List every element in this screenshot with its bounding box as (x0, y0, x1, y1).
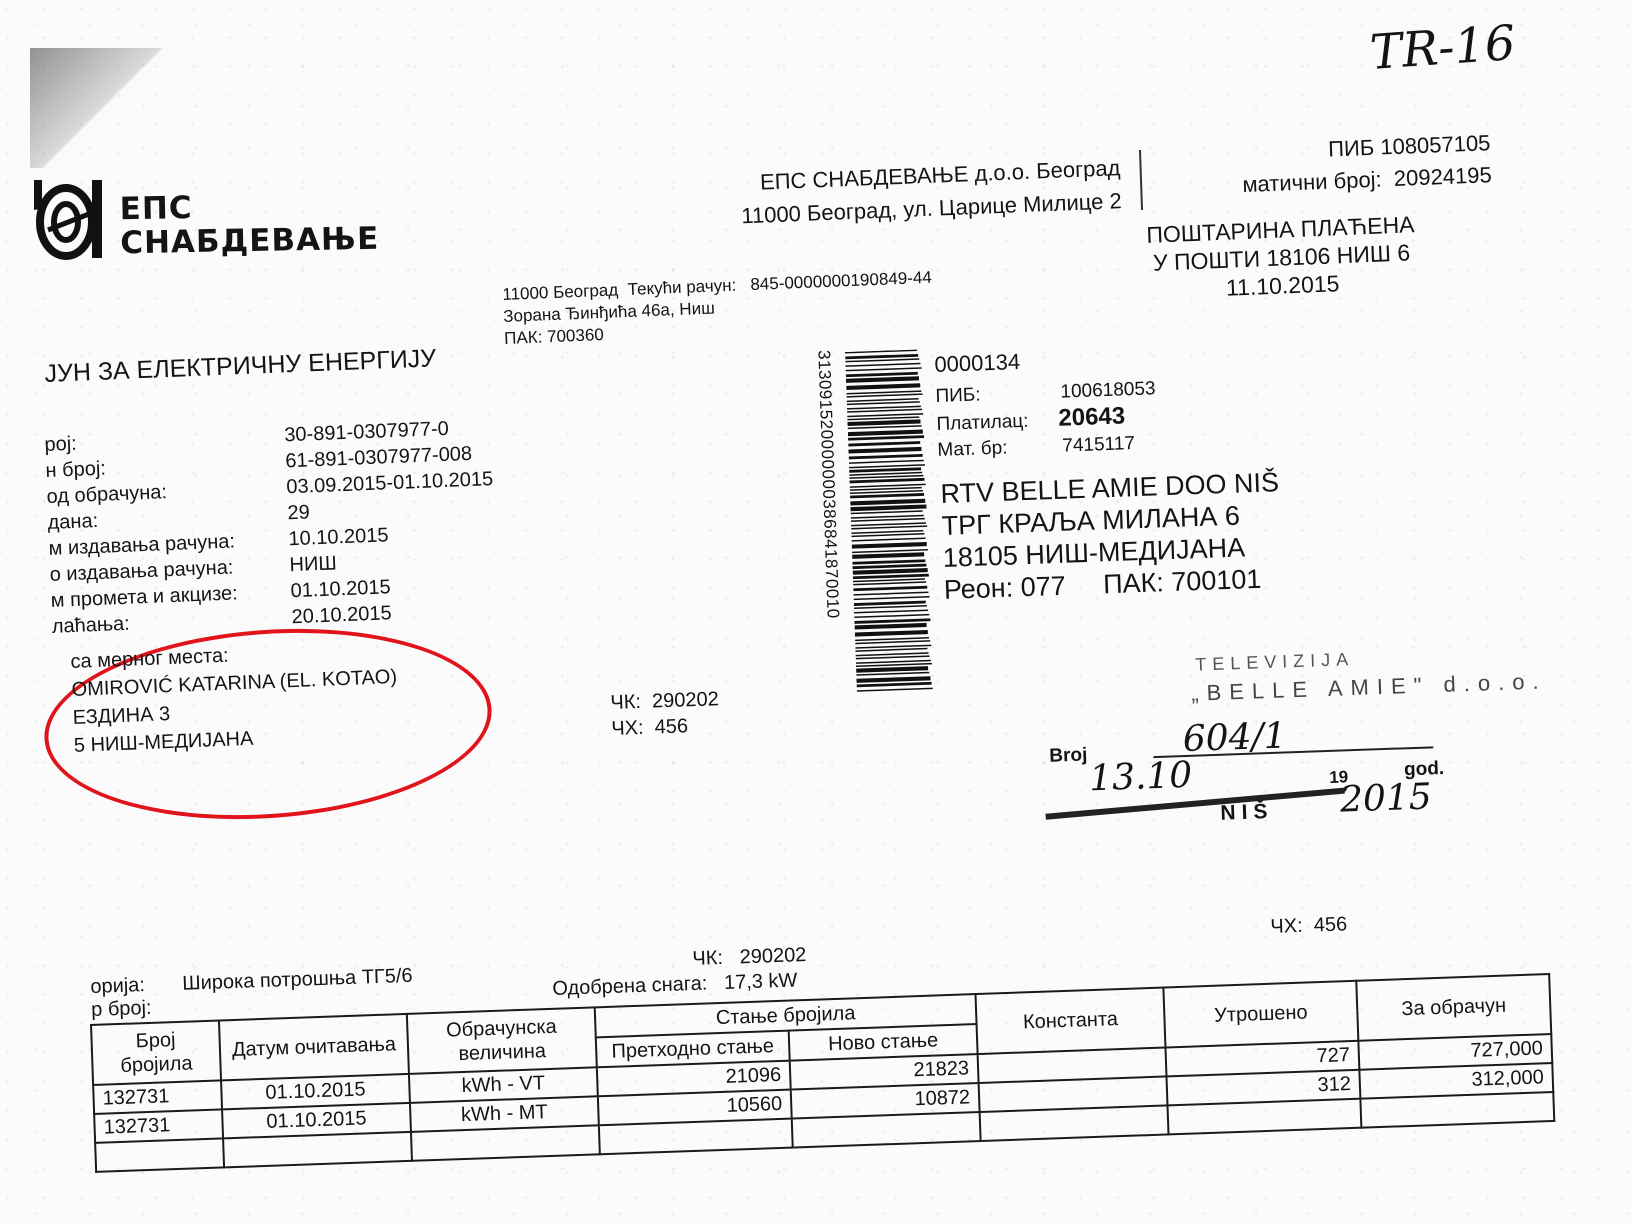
logo-line-2: СНАБДЕВАЊЕ (120, 222, 379, 261)
cell-meter: 132731 (93, 1080, 222, 1113)
invoice-field-value: 01.10.2015 (290, 574, 391, 604)
payer-mat: 7415117 (1062, 433, 1135, 457)
header-used: Утрошено (1163, 981, 1358, 1048)
region-label: Реон: (943, 573, 1013, 605)
cell-meter: 132731 (94, 1109, 223, 1142)
office-city: 11000 Београд (502, 280, 619, 304)
ck-block-1: ЧК: 290202 ЧХ: 456 (610, 686, 720, 742)
invoice-title: ЈУН ЗА ЕЛЕКТРИЧНУ ЕНЕРГИЈУ (44, 344, 437, 389)
ck-block-2: ЧК: 290202 (692, 942, 807, 972)
invoice-field-value: НИШ (289, 550, 337, 578)
pib-value: 108057105 (1380, 130, 1491, 159)
header-billed: За обрачун (1356, 974, 1551, 1041)
cx2-value: 456 (1313, 913, 1347, 936)
handwritten-note: TR-16 (1368, 15, 1517, 81)
header-constant: Константа (975, 988, 1165, 1055)
invoice-field-value: 20.10.2015 (291, 600, 392, 630)
stamp-date: 13.10 (1088, 755, 1192, 800)
pib-label: ПИБ (1328, 135, 1375, 162)
invoice-fields: рој:30-891-0307977-0н број:61-891-030797… (44, 414, 499, 640)
tariff-category-label: орија: (90, 973, 183, 999)
metering-point-block: са мерног места: ОМIROVIĆ KATARINA (EL. … (70, 635, 400, 760)
payer-id: 20643 (1058, 402, 1126, 431)
stamp-line-2: „BELLE AMIE" d.o.o. (1191, 668, 1547, 706)
company-block: ЕПС СНАБДЕВАЊЕ д.о.о. Београд 11000 Беог… (700, 151, 1122, 234)
payer-number: 0000134 (934, 344, 1155, 378)
invoice-field-value: 29 (287, 499, 310, 526)
pak-value: 700101 (1171, 564, 1262, 597)
logo-text: ЕПС СНАБДЕВАЊЕ (119, 188, 379, 261)
ck-value: 290202 (652, 688, 719, 712)
ck2-value: 290202 (739, 944, 806, 968)
approved-power: Одобрена снага: 17,3 kW (552, 969, 798, 1001)
stamp-broj-label: Broj (1049, 744, 1088, 767)
barcode-icon (845, 349, 947, 692)
header-separator (1139, 150, 1143, 210)
cx2-label: ЧХ: (1270, 915, 1303, 938)
header-meter: Број бројила (91, 1020, 221, 1084)
barcode-digits: 313091520000000386841870010 (813, 350, 842, 619)
ck2-label: ЧК: (692, 947, 723, 970)
recipient-block: RTV BELLE AMIE DOO NIŠ ТРГ КРАЉА МИЛАНА … (940, 466, 1283, 606)
company-registration: ПИБ 108057105 матични број: 20924195 (1170, 127, 1492, 204)
cx-block-2: ЧХ: 456 (1270, 911, 1348, 940)
mb-label: матични број: (1242, 167, 1382, 198)
cx-value: 456 (654, 715, 688, 738)
ck-label: ЧК: (610, 691, 641, 714)
eps-logo-icon (34, 180, 104, 260)
postage-block: ПОШТАРИНА ПЛАЋЕНА У ПОШТИ 18106 НИШ 6 11… (1120, 209, 1443, 306)
invoice-field-value: 10.10.2015 (288, 522, 389, 552)
power-label: Одобрена снага: (552, 973, 708, 1000)
region-value: 077 (1020, 571, 1066, 603)
header-unit: Обрачунска величина (407, 1007, 597, 1074)
header-date: Датум очитавања (219, 1014, 409, 1081)
stamp-line-1: TELEVIZIJA (1195, 649, 1355, 676)
mb-value: 20924195 (1393, 162, 1492, 191)
payer-mat-label: Мат. бр: (937, 434, 1063, 464)
account-label: Текући рачун: (627, 276, 736, 299)
power-value: 17,3 kW (724, 969, 798, 994)
office-block: 11000 Београд Текући рачун: 845-00000001… (502, 267, 934, 350)
pak-label: ПАК: (1103, 567, 1165, 599)
received-stamp: TELEVIZIJA „BELLE AMIE" d.o.o. Broj 604/… (1040, 645, 1476, 840)
payer-pib: 100618053 (1060, 378, 1156, 402)
stamp-year: 2015 (1339, 776, 1432, 820)
cx-label: ЧХ: (611, 717, 644, 740)
payer-block: 0000134 ПИБ:100618053 Платилац:20643 Мат… (934, 344, 1158, 464)
scan-corner-shadow (30, 48, 180, 168)
stamp-city: NIŠ (1220, 800, 1274, 826)
